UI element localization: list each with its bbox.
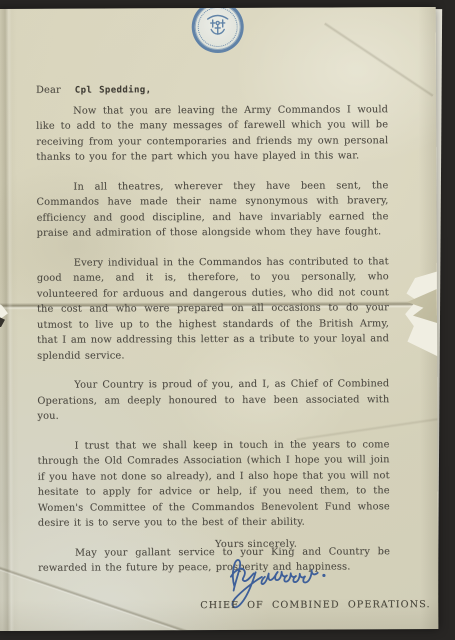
letter-body: DearCpl Spedding, Now that you are leavi…: [36, 81, 390, 590]
paragraph-1: Now that you are leaving the Army Comman…: [36, 102, 388, 166]
paragraph-3: Every individual in the Commandos has co…: [37, 254, 389, 364]
eagle-gun-anchor-icon: [205, 11, 231, 43]
typed-recipient-name: Cpl Spedding,: [75, 85, 152, 95]
closing-yours-sincerely: Yours sincerely.: [215, 539, 297, 550]
signature-title-line: CHIEF OF COMBINED OPERATIONS.: [200, 599, 430, 611]
scanned-letter-photo: DearCpl Spedding, Now that you are leavi…: [0, 0, 455, 640]
salutation-prefix: Dear: [36, 85, 61, 96]
paragraph-4: Your Country is proud of you, and I, as …: [37, 376, 389, 424]
paragraph-2: In all theatres, wherever they have been…: [36, 178, 388, 242]
paragraph-5: I trust that we shall keep in touch in t…: [38, 437, 390, 532]
salutation-line: DearCpl Spedding,: [36, 81, 388, 99]
combined-operations-seal-stamp: [192, 7, 244, 53]
letter-paper: DearCpl Spedding, Now that you are leavi…: [0, 7, 438, 631]
